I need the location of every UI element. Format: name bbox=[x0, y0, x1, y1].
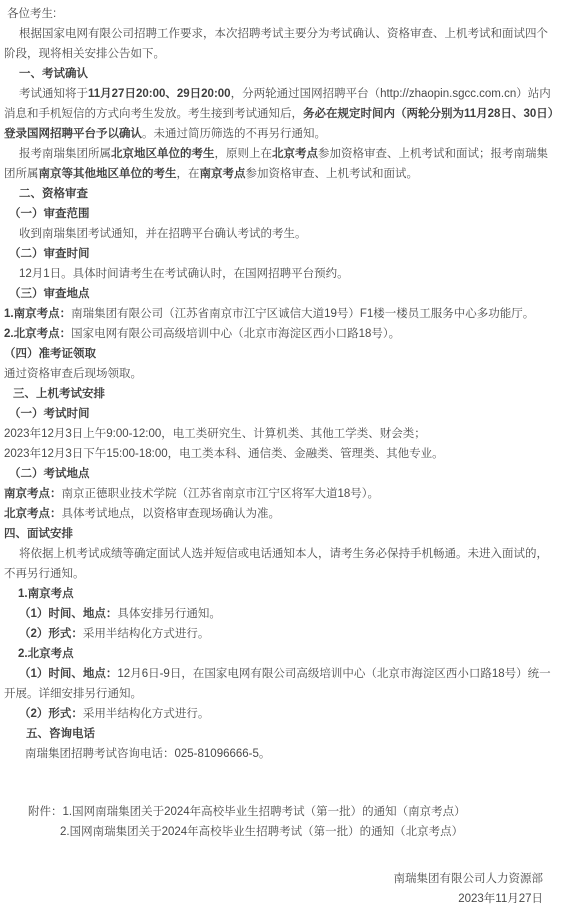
emphasized-text: 北京考点 bbox=[272, 148, 318, 160]
sub-heading-review-place: （三）审查地点 bbox=[4, 284, 558, 304]
text-run: 四、面试安排 bbox=[4, 528, 73, 540]
text-run: 2023年12月3日下午15:00-18:00，电工类本科、通信类、金融类、管理… bbox=[4, 448, 444, 460]
text-run: 南瑞集团有限公司人力资源部 bbox=[394, 873, 544, 885]
text-run: 二、资格审查 bbox=[19, 188, 88, 200]
admission-ticket-paragraph: 通过资格审查后现场领取。 bbox=[4, 364, 558, 384]
interview-beijing-time: （1）时间、地点：12月6日-9日，在国家电网有限公司高级培训中心（北京市海淀区… bbox=[4, 664, 558, 704]
text-run: 通过资格审查后现场领取。 bbox=[4, 368, 142, 380]
emphasized-text: 1.南京考点： bbox=[4, 308, 71, 320]
emphasized-text: 11月27日20:00、29日20:00 bbox=[88, 88, 231, 100]
recruitment-notice-document: 各位考生:根据国家电网有限公司招聘工作要求，本次招聘考试主要分为考试确认、资格审… bbox=[0, 0, 562, 906]
salutation: 各位考生: bbox=[4, 4, 558, 24]
text-run: （二）审查时间 bbox=[9, 248, 90, 260]
review-time-paragraph: 12月1日。具体时间请考生在考试确认时，在国网招聘平台预约。 bbox=[4, 264, 558, 284]
text-run: 将依据上机考试成绩等确定面试人选并短信或电话通知本人，请考生务必保持手机畅通。未… bbox=[4, 548, 548, 580]
interview-beijing-form: （2）形式：采用半结构化方式进行。 bbox=[4, 704, 558, 724]
text-run: 南瑞集团招聘考试咨询电话：025-81096666-5。 bbox=[25, 748, 270, 760]
review-place-nanjing: 1.南京考点：南瑞集团有限公司（江苏省南京市江宁区诚信大道19号）F1楼一楼员工… bbox=[4, 304, 558, 324]
text-run: 采用半结构化方式进行。 bbox=[83, 628, 210, 640]
text-run: 具体考试地点，以资格审查现场确认为准。 bbox=[62, 508, 281, 520]
emphasized-text: 2.北京考点： bbox=[4, 328, 71, 340]
exam-location-rule-paragraph: 报考南瑞集团所属北京地区单位的考生，原则上在北京考点参加资格审查、上机考试和面试… bbox=[4, 144, 558, 184]
sub-heading-exam-time: （一）考试时间 bbox=[4, 404, 558, 424]
sub-heading-review-scope: （一）审查范围 bbox=[4, 204, 558, 224]
text-run: 12月1日。具体时间请考生在考试确认时，在国网招聘平台预约。 bbox=[19, 268, 349, 280]
text-run: ，在 bbox=[177, 168, 200, 180]
sub-heading-exam-place: （二）考试地点 bbox=[4, 464, 558, 484]
emphasized-text: （2）形式： bbox=[19, 708, 83, 720]
emphasized-text: （1）时间、地点： bbox=[19, 608, 117, 620]
interview-paragraph: 将依据上机考试成绩等确定面试人选并短信或电话通知本人，请考生务必保持手机畅通。未… bbox=[4, 544, 558, 584]
consult-phone-paragraph: 南瑞集团招聘考试咨询电话：025-81096666-5。 bbox=[4, 744, 558, 764]
text-run: 2.国网南瑞集团关于2024年高校毕业生招聘考试（第一批）的通知（北京考点） bbox=[60, 826, 463, 838]
exam-time-afternoon: 2023年12月3日下午15:00-18:00，电工类本科、通信类、金融类、管理… bbox=[4, 444, 558, 464]
emphasized-text: 南京等其他地区单位的考生 bbox=[39, 168, 177, 180]
sub-heading-admission-ticket: （四）准考证领取 bbox=[4, 344, 558, 364]
text-run: 考试通知将于 bbox=[19, 88, 88, 100]
review-scope-paragraph: 收到南瑞集团考试通知，并在招聘平台确认考试的考生。 bbox=[4, 224, 558, 244]
exam-place-nanjing: 南京考点：南京正德职业技术学院（江苏省南京市江宁区将军大道18号）。 bbox=[4, 484, 558, 504]
signature-date: 2023年11月27日 bbox=[4, 889, 558, 906]
emphasized-text: 北京考点： bbox=[4, 508, 62, 520]
text-run: （三）审查地点 bbox=[9, 288, 90, 300]
emphasized-text: 南京考点： bbox=[4, 488, 62, 500]
text-run: 三、上机考试安排 bbox=[13, 388, 105, 400]
text-run: 采用半结构化方式进行。 bbox=[83, 708, 210, 720]
emphasized-text: 南京考点 bbox=[200, 168, 246, 180]
section-2-heading: 二、资格审查 bbox=[4, 184, 558, 204]
text-run: 根据国家电网有限公司招聘工作要求，本次招聘考试主要分为考试确认、资格审查、上机考… bbox=[4, 28, 548, 60]
emphasized-text: （1）时间、地点： bbox=[19, 668, 117, 680]
text-run: （一）审查范围 bbox=[9, 208, 90, 220]
text-run: 南瑞集团有限公司（江苏省南京市江宁区诚信大道19号）F1楼一楼员工服务中心多功能… bbox=[71, 308, 534, 320]
text-run: 2023年11月27日 bbox=[458, 893, 543, 905]
text-run: 2023年12月3日上午9:00-12:00，电工类研究生、计算机类、其他工学类… bbox=[4, 428, 426, 440]
text-run: 报考南瑞集团所属 bbox=[19, 148, 111, 160]
text-run: 2.北京考点 bbox=[18, 648, 74, 660]
text-run: 。未通过简历筛选的不再另行通知。 bbox=[142, 128, 326, 140]
section-5-heading: 五、咨询电话 bbox=[4, 724, 558, 744]
text-run: 具体安排另行通知。 bbox=[117, 608, 221, 620]
exam-confirm-paragraph: 考试通知将于11月27日20:00、29日20:00，分两轮通过国网招聘平台（h… bbox=[4, 84, 558, 144]
signature: 南瑞集团有限公司人力资源部 bbox=[4, 869, 558, 889]
text-run: （一）考试时间 bbox=[9, 408, 90, 420]
text-run: 参加资格审查、上机考试和面试。 bbox=[246, 168, 419, 180]
section-3-heading: 三、上机考试安排 bbox=[4, 384, 558, 404]
intro-paragraph: 根据国家电网有限公司招聘工作要求，本次招聘考试主要分为考试确认、资格审查、上机考… bbox=[4, 24, 558, 64]
interview-beijing-heading: 2.北京考点 bbox=[4, 644, 558, 664]
review-place-beijing: 2.北京考点：国家电网有限公司高级培训中心（北京市海淀区西小口路18号）。 bbox=[4, 324, 558, 344]
interview-nanjing-form: （2）形式：采用半结构化方式进行。 bbox=[4, 624, 558, 644]
text-run: 附件：1.国网南瑞集团关于2024年高校毕业生招聘考试（第一批）的通知（南京考点… bbox=[28, 806, 466, 818]
text-run: 一、考试确认 bbox=[19, 68, 88, 80]
exam-place-beijing: 北京考点：具体考试地点，以资格审查现场确认为准。 bbox=[4, 504, 558, 524]
text-run: （二）考试地点 bbox=[9, 468, 90, 480]
sub-heading-review-time: （二）审查时间 bbox=[4, 244, 558, 264]
text-run: 南京正德职业技术学院（江苏省南京市江宁区将军大道18号）。 bbox=[62, 488, 380, 500]
interview-nanjing-time: （1）时间、地点：具体安排另行通知。 bbox=[4, 604, 558, 624]
text-run: 国家电网有限公司高级培训中心（北京市海淀区西小口路18号）。 bbox=[71, 328, 400, 340]
text-run: 五、咨询电话 bbox=[26, 728, 95, 740]
emphasized-text: （2）形式： bbox=[19, 628, 83, 640]
interview-nanjing-heading: 1.南京考点 bbox=[4, 584, 558, 604]
section-4-heading: 四、面试安排 bbox=[4, 524, 558, 544]
text-run: （四）准考证领取 bbox=[4, 348, 96, 360]
emphasized-text: 北京地区单位的考生 bbox=[111, 148, 215, 160]
text-run: 各位考生: bbox=[7, 8, 56, 20]
exam-time-morning: 2023年12月3日上午9:00-12:00，电工类研究生、计算机类、其他工学类… bbox=[4, 424, 558, 444]
text-run: ，原则上在 bbox=[215, 148, 273, 160]
text-run: 收到南瑞集团考试通知，并在招聘平台确认考试的考生。 bbox=[19, 228, 307, 240]
section-1-heading: 一、考试确认 bbox=[4, 64, 558, 84]
attachment-item-2: 2.国网南瑞集团关于2024年高校毕业生招聘考试（第一批）的通知（北京考点） bbox=[4, 822, 558, 842]
attachment-item-1: 附件：1.国网南瑞集团关于2024年高校毕业生招聘考试（第一批）的通知（南京考点… bbox=[4, 802, 558, 822]
text-run: 1.南京考点 bbox=[18, 588, 74, 600]
